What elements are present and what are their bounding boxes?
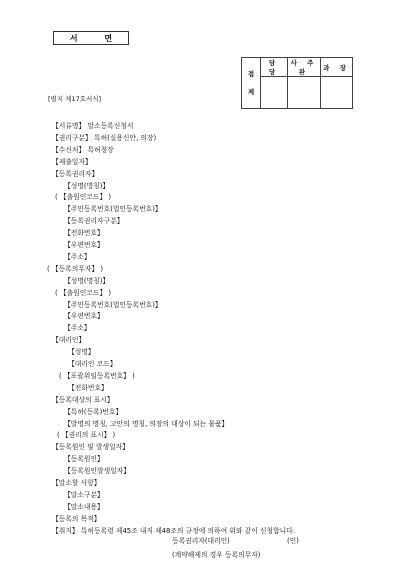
form-field-line: 【발명의 명칭, 고안의 명칭, 의장의 대상이 되는 물품】	[64, 419, 228, 429]
form-field-line: 【말소내용】	[64, 502, 104, 512]
form-number: [별지 제17호서식]	[48, 94, 101, 103]
form-field-line: 【말소할 사항】	[52, 478, 101, 488]
form-field-line: 【권리구분】 특허(실용신안, 의장)	[52, 133, 156, 143]
form-field-line: 【우편번호】	[64, 311, 104, 321]
approval-col-manager: 과 장	[321, 58, 353, 77]
form-field-line: 【수신처】 특허청장	[52, 145, 114, 155]
form-field-line: 【주소】	[64, 252, 91, 262]
form-field-line: 【등록권리자구분】	[64, 216, 124, 226]
form-field-line: 【대리인 코드】	[68, 359, 117, 369]
form-field-line: 【등록대상의 표시】	[52, 395, 114, 405]
form-field-line: 【성명(명칭)】	[64, 181, 109, 191]
form-field-line: ( 【권리의 표시】 )	[57, 430, 115, 440]
form-field-line: 【제출일자】	[52, 157, 92, 167]
form-field-line: ( 【출원인코드】 )	[55, 288, 111, 298]
signer-note: (계약해제의 경우 등록의무자)	[172, 549, 260, 559]
seal-mark: (인)	[287, 535, 299, 545]
approval-col-officer: 사 주 완	[288, 58, 321, 77]
form-field-line: 【등록원인발생일자】	[64, 466, 130, 476]
form-field-line: 【주소】	[64, 323, 91, 333]
form-field-line: 【우편번호】	[64, 240, 104, 250]
form-field-line: 【등록의 목적】	[52, 514, 101, 524]
approval-sign-officer	[288, 77, 321, 109]
form-field-line: 【특허(등록)번호】	[64, 407, 122, 417]
form-field-line: 【성명】	[68, 347, 95, 357]
form-field-line: ( 【출원인코드】 )	[55, 192, 111, 202]
form-field-line: ( 【등록의무자】 )	[47, 264, 103, 274]
approval-side-char-1: 접	[242, 65, 260, 83]
approval-table: 접 제 담 당 사 주 완 과 장	[241, 57, 353, 109]
approval-sign-manager	[321, 77, 353, 109]
form-field-line: 【전화번호】	[68, 383, 108, 393]
approval-sign-staff	[261, 77, 288, 109]
form-field-line: 【대리인】	[52, 335, 85, 345]
form-field-line: 【등록원인 및 발생일자】	[52, 442, 129, 452]
form-field-line: 【등록권리자】	[52, 169, 98, 179]
form-field-line: 【등록원인】	[64, 454, 104, 464]
form-field-line: 【말소구분】	[64, 490, 104, 500]
approval-side-char-2: 제	[242, 83, 260, 101]
form-field-line: 【전화번호】	[64, 228, 104, 238]
signer-label: 등록권리자(대리인)	[172, 535, 230, 545]
form-field-line: 【성명(명칭)】	[64, 276, 109, 286]
form-field-line: 【서류명】 말소등록신청서	[52, 121, 133, 131]
form-field-line: 【주민등록번호(법인등록번호)】	[64, 204, 162, 214]
approval-side-label: 접 제	[242, 58, 261, 109]
approval-col-staff: 담 당	[261, 58, 288, 77]
form-field-line: 【주민등록번호(법인등록번호)】	[64, 300, 162, 310]
document-title: 서 면	[53, 31, 129, 45]
form-field-line: ( 【포괄위임등록번호】 )	[59, 371, 135, 381]
